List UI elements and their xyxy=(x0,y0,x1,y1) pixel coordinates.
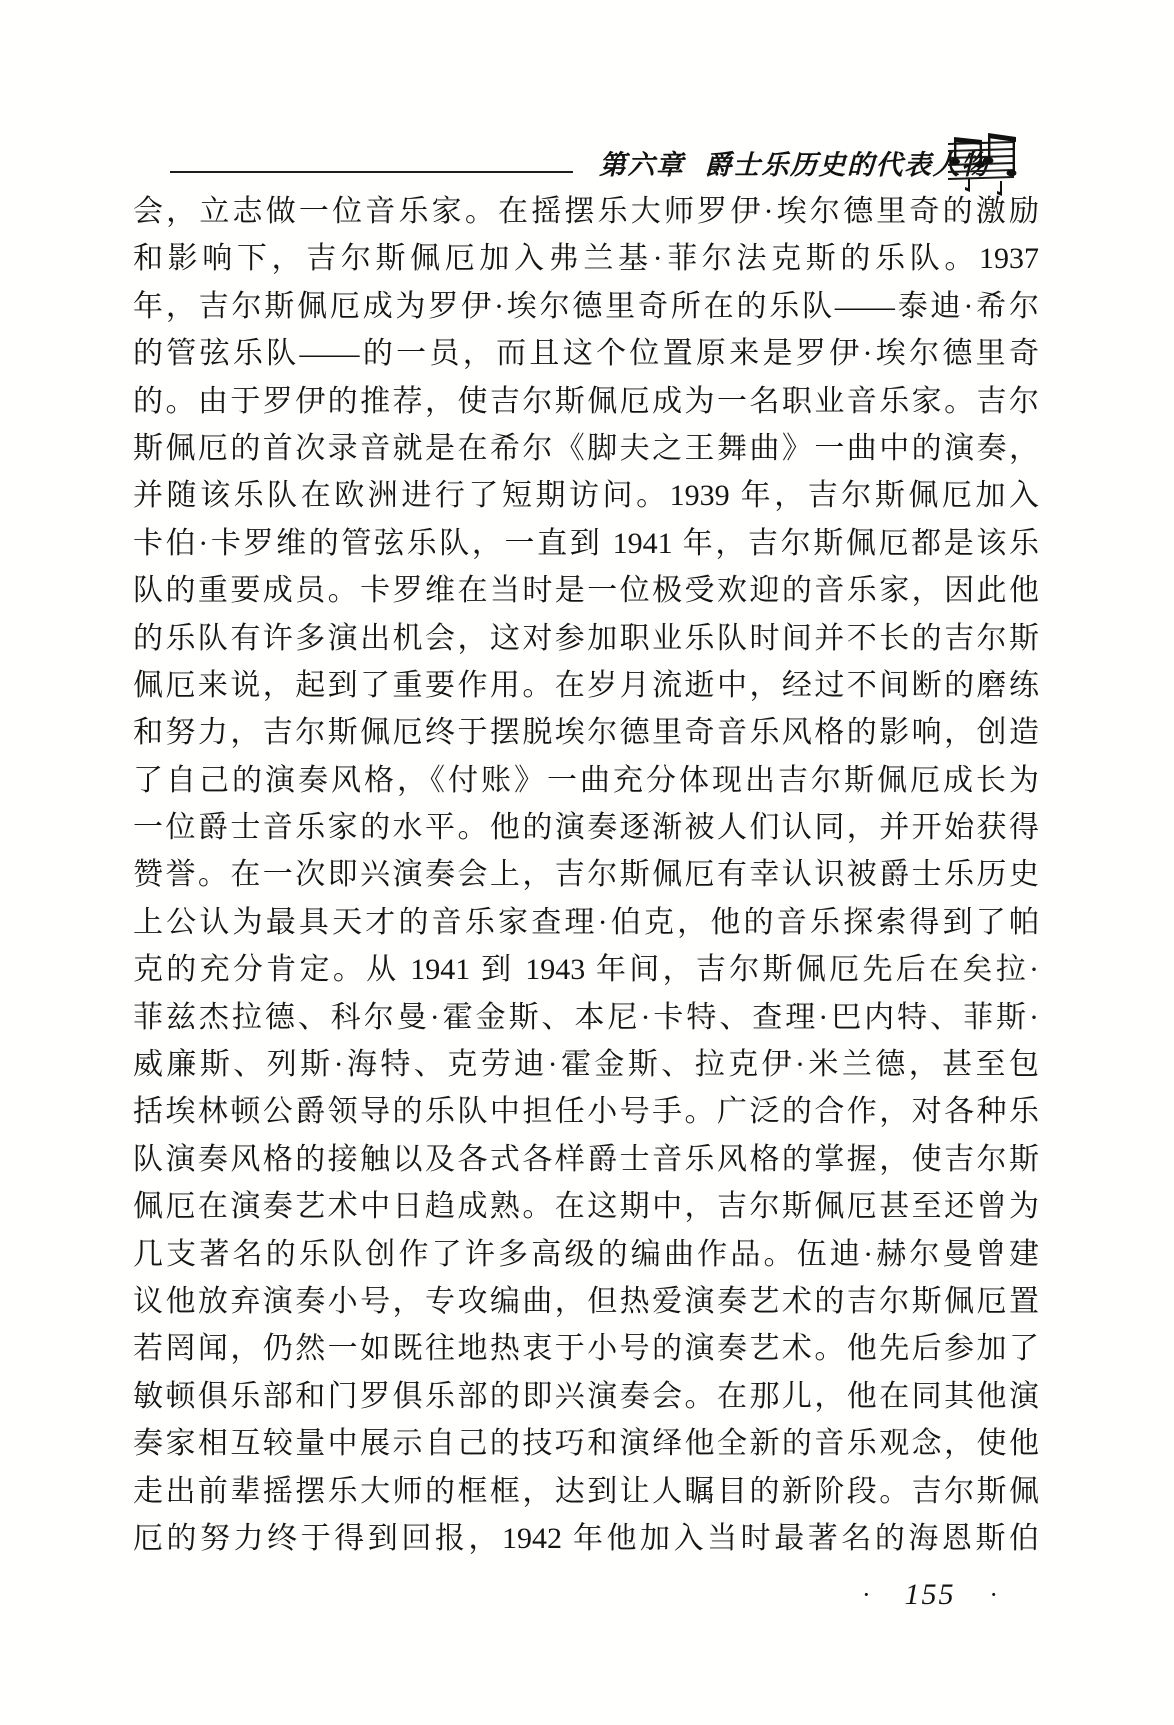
text-line: 括埃林顿公爵领导的乐队中担任小号手。广泛的合作，对各种乐 xyxy=(133,1088,1039,1135)
folio-dot-left: · xyxy=(862,1580,871,1610)
text-line: 的乐队有许多演出机会，这对参加职业乐队时间并不长的吉尔斯 xyxy=(133,615,1039,662)
page-number: · 155 · xyxy=(862,1578,998,1612)
text-line: 斯佩厄的首次录音就是在希尔《脚夫之王舞曲》一曲中的演奏， xyxy=(133,425,1039,472)
book-page: 第六章爵士乐历史的代表人物 xyxy=(0,0,1174,1725)
text-line: 走出前辈摇摆乐大师的框框，达到让人瞩目的新阶段。吉尔斯佩 xyxy=(133,1468,1039,1515)
text-line: 几支著名的乐队创作了许多高级的编曲作品。伍迪·赫尔曼曾建 xyxy=(133,1231,1039,1278)
body-text-block: 会，立志做一位音乐家。在摇摆乐大师罗伊·埃尔德里奇的激励 和影响下，吉尔斯佩厄加… xyxy=(133,188,1039,1562)
text-line: 年，吉尔斯佩厄成为罗伊·埃尔德里奇所在的乐队——泰迪·希尔 xyxy=(133,283,1039,330)
text-line: 队演奏风格的接触以及各式各样爵士音乐风格的掌握，使吉尔斯 xyxy=(133,1136,1039,1183)
text-line: 敏顿俱乐部和门罗俱乐部的即兴演奏会。在那儿，他在同其他演 xyxy=(133,1373,1039,1420)
header-rule xyxy=(170,171,573,173)
text-line: 菲兹杰拉德、科尔曼·霍金斯、本尼·卡特、查理·巴内特、菲斯· xyxy=(133,994,1039,1041)
folio-number: 155 xyxy=(905,1578,956,1612)
running-header: 第六章爵士乐历史的代表人物 xyxy=(599,143,990,182)
text-line: 会，立志做一位音乐家。在摇摆乐大师罗伊·埃尔德里奇的激励 xyxy=(133,188,1039,235)
text-line: 赞誉。在一次即兴演奏会上，吉尔斯佩厄有幸认识被爵士乐历史 xyxy=(133,851,1039,898)
text-line: 奏家相互较量中展示自己的技巧和演绎他全新的音乐观念，使他 xyxy=(133,1420,1039,1467)
text-line: 威廉斯、列斯·海特、克劳迪·霍金斯、拉克伊·米兰德，甚至包 xyxy=(133,1041,1039,1088)
text-line: 一位爵士音乐家的水平。他的演奏逐渐被人们认同，并开始获得 xyxy=(133,804,1039,851)
text-line: 的。由于罗伊的推荐，使吉尔斯佩厄成为一名职业音乐家。吉尔 xyxy=(133,378,1039,425)
text-line: 和努力，吉尔斯佩厄终于摆脱埃尔德里奇音乐风格的影响，创造 xyxy=(133,709,1039,756)
folio-dot-right: · xyxy=(989,1580,998,1610)
text-line: 克的充分肯定。从 1941 到 1943 年间，吉尔斯佩厄先后在矣拉· xyxy=(133,946,1039,993)
text-line: 的管弦乐队——的一员，而且这个位置原来是罗伊·埃尔德里奇 xyxy=(133,330,1039,377)
text-line: 议他放弃演奏小号，专攻编曲，但热爱演奏艺术的吉尔斯佩厄置 xyxy=(133,1278,1039,1325)
text-line: 佩厄来说，起到了重要作用。在岁月流逝中，经过不间断的磨练 xyxy=(133,662,1039,709)
text-line: 卡伯·卡罗维的管弦乐队，一直到 1941 年，吉尔斯佩厄都是该乐 xyxy=(133,520,1039,567)
text-line: 若罔闻，仍然一如既往地热衷于小号的演奏艺术。他先后参加了 xyxy=(133,1325,1039,1372)
text-line: 厄的努力终于得到回报，1942 年他加入当时最著名的海恩斯伯 xyxy=(133,1515,1039,1562)
text-line: 队的重要成员。卡罗维在当时是一位极受欢迎的音乐家，因此他 xyxy=(133,567,1039,614)
text-line: 上公认为最具天才的音乐家查理·伯克，他的音乐探索得到了帕 xyxy=(133,899,1039,946)
text-line: 并随该乐队在欧洲进行了短期访问。1939 年，吉尔斯佩厄加入 xyxy=(133,472,1039,519)
text-line: 和影响下，吉尔斯佩厄加入弗兰基·菲尔法克斯的乐队。1937 xyxy=(133,235,1039,282)
text-line: 了自己的演奏风格，《付账》一曲充分体现出吉尔斯佩厄成长为 xyxy=(133,757,1039,804)
chapter-label: 第六章 xyxy=(599,150,685,180)
text-line: 佩厄在演奏艺术中日趋成熟。在这期中，吉尔斯佩厄甚至还曾为 xyxy=(133,1183,1039,1230)
